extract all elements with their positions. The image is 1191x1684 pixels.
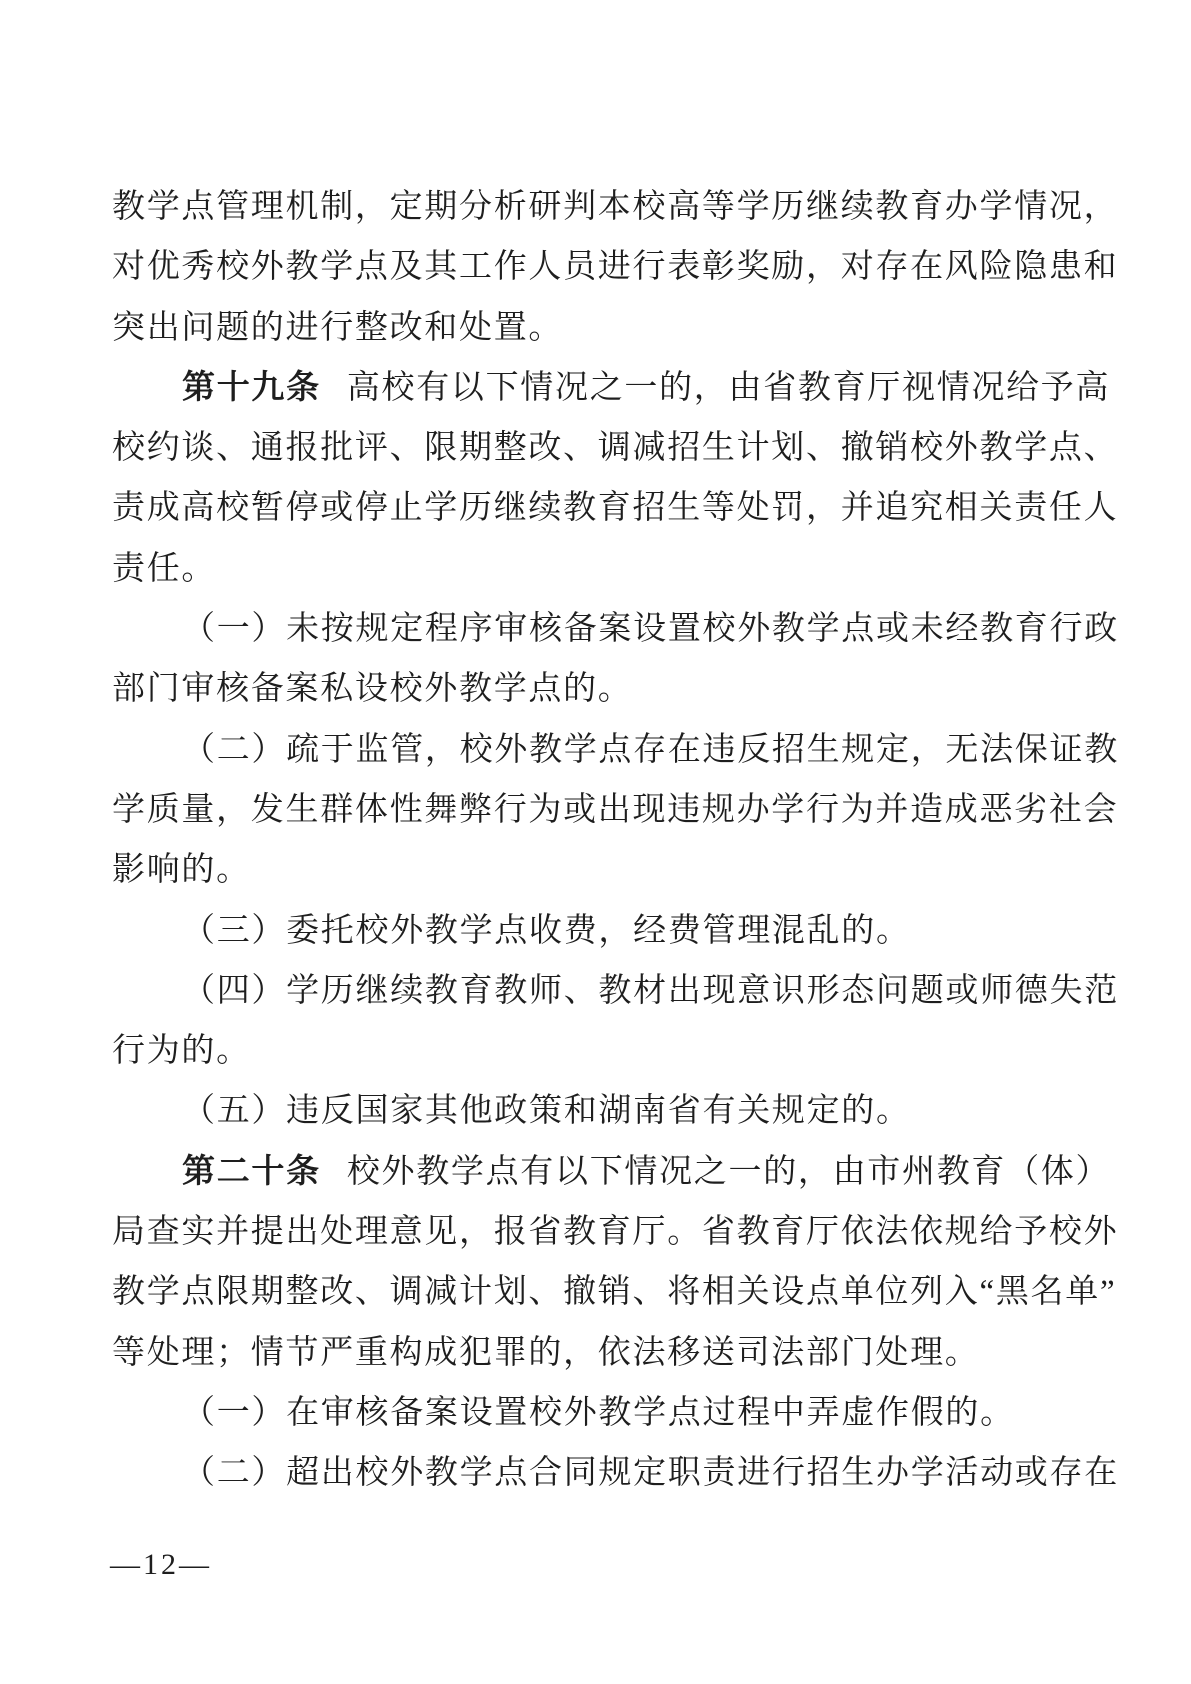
text-line-content: 部门审核备案私设校外教学点的。 xyxy=(112,671,633,707)
text-line-content: 高校有以下情况之一的，由省教育厅视情况给予高 xyxy=(347,370,1110,406)
text-line-content: 突出问题的进行整改和处置。 xyxy=(112,310,563,346)
text-line: 突出问题的进行整改和处置。 xyxy=(112,298,1122,358)
text-line-content: （三）委托校外教学点收费，经费管理混乱的。 xyxy=(182,913,911,949)
text-line-item-2b: （二）超出校外教学点合同规定职责进行招生办学活动或存在 xyxy=(112,1443,1122,1503)
text-line-item-2: （二）疏于监管，校外教学点存在违反招生规定，无法保证教 xyxy=(112,720,1122,780)
text-line: 对优秀校外教学点及其工作人员进行表彰奖励，对存在风险隐患和 xyxy=(112,237,1122,297)
text-line-content: 影响的。 xyxy=(112,852,251,888)
text-line-article-19: 第十九条高校有以下情况之一的，由省教育厅视情况给予高 xyxy=(112,358,1122,418)
text-line-content: 责任。 xyxy=(112,551,216,587)
article-19-heading: 第十九条 xyxy=(182,370,321,406)
text-line-content: （四）学历继续教育教师、教材出现意识形态问题或师德失范 xyxy=(182,973,1119,1009)
text-line: 责任。 xyxy=(112,539,1122,599)
text-line-content: 教学点管理机制，定期分析研判本校高等学历继续教育办学情况， xyxy=(112,189,1118,225)
text-line-content: （一）未按规定程序审核备案设置校外教学点或未经教育行政 xyxy=(182,611,1119,647)
article-20-heading: 第二十条 xyxy=(182,1154,321,1190)
text-line-content: 等处理；情节严重构成犯罪的，依法移送司法部门处理。 xyxy=(112,1335,980,1371)
document-page: 教学点管理机制，定期分析研判本校高等学历继续教育办学情况， 对优秀校外教学点及其… xyxy=(0,0,1191,1684)
text-line-content: （二）超出校外教学点合同规定职责进行招生办学活动或存在 xyxy=(182,1455,1119,1491)
text-line: 影响的。 xyxy=(112,840,1122,900)
text-line-item-1: （一）未按规定程序审核备案设置校外教学点或未经教育行政 xyxy=(112,599,1122,659)
document-body: 教学点管理机制，定期分析研判本校高等学历继续教育办学情况， 对优秀校外教学点及其… xyxy=(112,177,1122,1504)
text-line-article-20: 第二十条校外教学点有以下情况之一的，由市州教育（体） xyxy=(112,1142,1122,1202)
text-line-item-1b: （一）在审核备案设置校外教学点过程中弄虚作假的。 xyxy=(112,1383,1122,1443)
text-line: 局查实并提出处理意见，报省教育厅。省教育厅依法依规给予校外 xyxy=(112,1202,1122,1262)
text-line: 教学点管理机制，定期分析研判本校高等学历继续教育办学情况， xyxy=(112,177,1122,237)
text-line-item-5: （五）违反国家其他政策和湖南省有关规定的。 xyxy=(112,1081,1122,1141)
text-line-content: （五）违反国家其他政策和湖南省有关规定的。 xyxy=(182,1093,911,1129)
text-line: 学质量，发生群体性舞弊行为或出现违规办学行为并造成恶劣社会 xyxy=(112,780,1122,840)
text-line: 行为的。 xyxy=(112,1021,1122,1081)
text-line-content: （二）疏于监管，校外教学点存在违反招生规定，无法保证教 xyxy=(182,732,1119,768)
text-line-content: 局查实并提出处理意见，报省教育厅。省教育厅依法依规给予校外 xyxy=(112,1214,1118,1250)
text-line: 校约谈、通报批评、限期整改、调减招生计划、撤销校外教学点、 xyxy=(112,418,1122,478)
text-line-content: 对优秀校外教学点及其工作人员进行表彰奖励，对存在风险隐患和 xyxy=(112,249,1118,285)
text-line-content: 学质量，发生群体性舞弊行为或出现违规办学行为并造成恶劣社会 xyxy=(112,792,1118,828)
text-line-content: （一）在审核备案设置校外教学点过程中弄虚作假的。 xyxy=(182,1395,1015,1431)
text-line: 教学点限期整改、调减计划、撤销、将相关设点单位列入“黑名单” xyxy=(112,1262,1122,1322)
text-line-item-4: （四）学历继续教育教师、教材出现意识形态问题或师德失范 xyxy=(112,961,1122,1021)
text-line-content: 校约谈、通报批评、限期整改、调减招生计划、撤销校外教学点、 xyxy=(112,430,1118,466)
text-line-content: 教学点限期整改、调减计划、撤销、将相关设点单位列入“黑名单” xyxy=(112,1274,1116,1310)
text-line-content: 行为的。 xyxy=(112,1033,251,1069)
text-line-item-3: （三）委托校外教学点收费，经费管理混乱的。 xyxy=(112,901,1122,961)
text-line: 部门审核备案私设校外教学点的。 xyxy=(112,659,1122,719)
page-number: —12— xyxy=(110,1548,212,1582)
text-line-content: 责成高校暂停或停止学历继续教育招生等处罚，并追究相关责任人 xyxy=(112,490,1118,526)
text-line: 责成高校暂停或停止学历继续教育招生等处罚，并追究相关责任人 xyxy=(112,478,1122,538)
text-line-content: 校外教学点有以下情况之一的，由市州教育（体） xyxy=(347,1154,1110,1190)
text-line: 等处理；情节严重构成犯罪的，依法移送司法部门处理。 xyxy=(112,1323,1122,1383)
